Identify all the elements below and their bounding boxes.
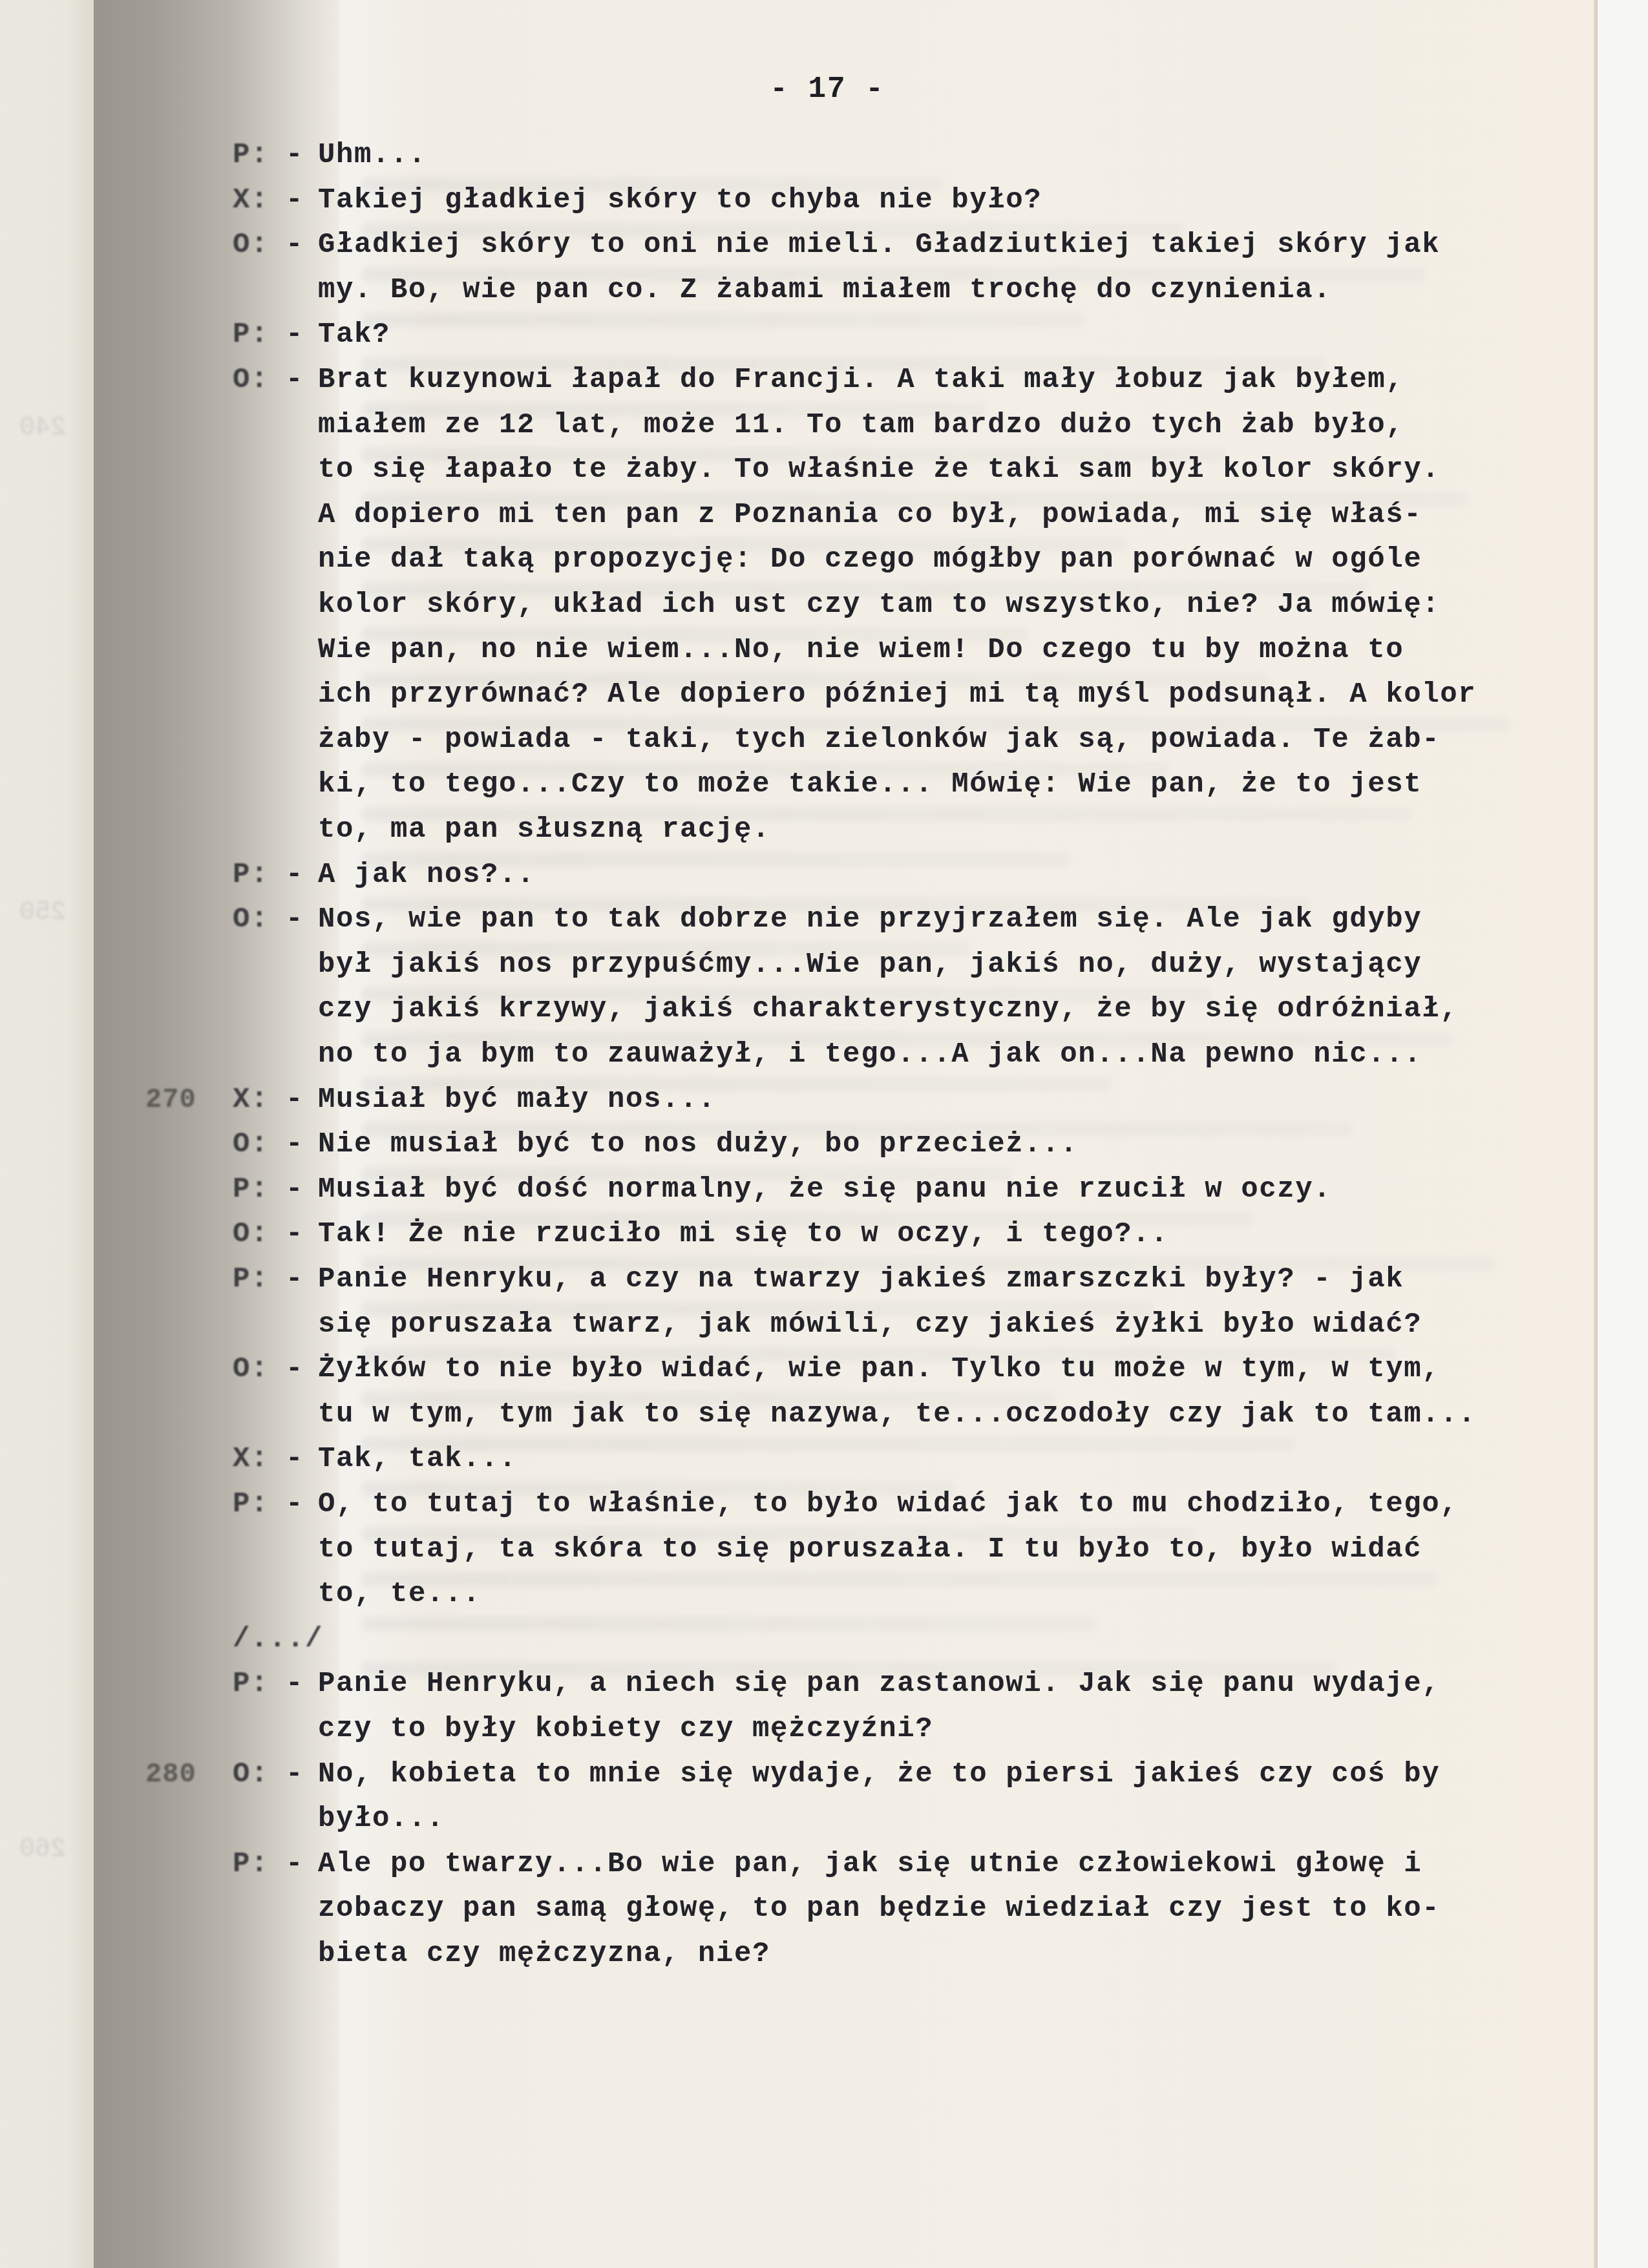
transcript-text: zobaczy pan samą głowę, to pan będzie wi… xyxy=(318,1889,1440,1928)
interview-transcript: P:-Uhm...X:-Takiej gładkiej skóry to chy… xyxy=(0,0,1648,2268)
transcript-line: było... xyxy=(0,1800,1648,1838)
transcript-text: O, to tutaj to właśnie, to było widać ja… xyxy=(318,1485,1458,1524)
transcript-line: X:-Takiej gładkiej skóry to chyba nie by… xyxy=(0,181,1648,220)
transcript-line: żaby - powiada - taki, tych zielonków ja… xyxy=(0,720,1648,759)
dialogue-dash: - xyxy=(286,1215,304,1254)
transcript-line: my. Bo, wie pan co. Z żabami miałem troc… xyxy=(0,271,1648,310)
dialogue-dash: - xyxy=(286,1485,304,1524)
transcript-line: P:-Panie Henryku, a czy na twarzy jakieś… xyxy=(0,1260,1648,1299)
speaker-label: O: xyxy=(233,1125,269,1164)
transcript-text: Musiał być dość normalny, że się panu ni… xyxy=(318,1170,1331,1209)
speaker-label: P: xyxy=(233,1485,269,1524)
speaker-label: X: xyxy=(233,181,269,220)
transcript-line: O:-Gładkiej skóry to oni nie mieli. Gład… xyxy=(0,226,1648,264)
transcript-line: czy to były kobiety czy mężczyźni? xyxy=(0,1710,1648,1748)
transcript-line: czy jakiś krzywy, jakiś charakterystyczn… xyxy=(0,990,1648,1029)
transcript-text: to, ma pan słuszną rację. xyxy=(318,810,770,849)
transcript-line: kolor skóry, układ ich ust czy tam to ws… xyxy=(0,585,1648,624)
dialogue-dash: - xyxy=(286,181,304,220)
omission-mark: /.../ xyxy=(0,1620,1648,1659)
speaker-label: X: xyxy=(233,1440,269,1478)
speaker-label: P: xyxy=(233,315,269,354)
transcript-text: czy jakiś krzywy, jakiś charakterystyczn… xyxy=(318,990,1458,1029)
transcript-text: no to ja bym to zauważył, i tego...A jak… xyxy=(318,1035,1422,1074)
dialogue-dash: - xyxy=(286,226,304,264)
transcript-line: był jakiś nos przypuśćmy...Wie pan, jaki… xyxy=(0,945,1648,984)
transcript-text: ki, to tego...Czy to może takie... Mówię… xyxy=(318,765,1422,804)
transcript-text: bieta czy mężczyzna, nie? xyxy=(318,1935,770,1973)
transcript-line: ich przyrównać? Ale dopiero później mi t… xyxy=(0,675,1648,714)
transcript-text: Nos, wie pan to tak dobrze nie przyjrzał… xyxy=(318,900,1422,939)
transcript-text: Tak! Że nie rzuciło mi się to w oczy, i … xyxy=(318,1215,1168,1254)
transcript-text: Ale po twarzy...Bo wie pan, jak się utni… xyxy=(318,1845,1422,1884)
transcript-line: tu w tym, tym jak to się nazywa, te...oc… xyxy=(0,1395,1648,1434)
speaker-label: X: xyxy=(233,1080,269,1119)
transcript-text: Takiej gładkiej skóry to chyba nie było? xyxy=(318,181,1042,220)
speaker-label: P: xyxy=(233,1845,269,1884)
transcript-line: P:-Panie Henryku, a niech się pan zastan… xyxy=(0,1664,1648,1703)
transcript-line: to, ma pan słuszną rację. xyxy=(0,810,1648,849)
speaker-label: O: xyxy=(233,1350,269,1389)
transcript-line: O:-Tak! Że nie rzuciło mi się to w oczy,… xyxy=(0,1215,1648,1254)
speaker-label: P: xyxy=(233,136,269,174)
transcript-line: to, te... xyxy=(0,1575,1648,1613)
transcript-text: Panie Henryku, a czy na twarzy jakieś zm… xyxy=(318,1260,1404,1299)
transcript-line: się poruszała twarz, jak mówili, czy jak… xyxy=(0,1305,1648,1344)
transcript-text: nie dał taką propozycję: Do czego mógłby… xyxy=(318,540,1422,579)
dialogue-dash: - xyxy=(286,1350,304,1389)
dialogue-dash: - xyxy=(286,361,304,399)
dialogue-dash: - xyxy=(286,1755,304,1794)
transcript-line: O:-Brat kuzynowi łapał do Francji. A tak… xyxy=(0,361,1648,399)
speaker-label: P: xyxy=(233,856,269,894)
transcript-text: było... xyxy=(318,1800,445,1838)
transcript-text: my. Bo, wie pan co. Z żabami miałem troc… xyxy=(318,271,1331,310)
transcript-text: Panie Henryku, a niech się pan zastanowi… xyxy=(318,1664,1440,1703)
transcript-text: Brat kuzynowi łapał do Francji. A taki m… xyxy=(318,361,1404,399)
transcript-line: P:-O, to tutaj to właśnie, to było widać… xyxy=(0,1485,1648,1524)
transcript-text: A dopiero mi ten pan z Poznania co był, … xyxy=(318,496,1422,534)
transcript-line: 280O:-No, kobieta to mnie się wydaje, że… xyxy=(0,1755,1648,1794)
transcript-line: X:-Tak, tak... xyxy=(0,1440,1648,1478)
transcript-text: to się łapało te żaby. To właśnie że tak… xyxy=(318,450,1440,489)
transcript-line: O:-Nos, wie pan to tak dobrze nie przyjr… xyxy=(0,900,1648,939)
transcript-text: Musiał być mały nos... xyxy=(318,1080,716,1119)
transcript-text: ich przyrównać? Ale dopiero później mi t… xyxy=(318,675,1476,714)
dialogue-dash: - xyxy=(286,1845,304,1884)
transcript-text: to tutaj, ta skóra to się poruszała. I t… xyxy=(318,1530,1422,1569)
speaker-label: O: xyxy=(233,1215,269,1254)
transcript-line: P:-Musiał być dość normalny, że się panu… xyxy=(0,1170,1648,1209)
dialogue-dash: - xyxy=(286,900,304,939)
transcript-text: Tak, tak... xyxy=(318,1440,517,1478)
transcript-line: to tutaj, ta skóra to się poruszała. I t… xyxy=(0,1530,1648,1569)
transcript-line: P:-Ale po twarzy...Bo wie pan, jak się u… xyxy=(0,1845,1648,1884)
transcript-line: zobaczy pan samą głowę, to pan będzie wi… xyxy=(0,1889,1648,1928)
transcript-line: P:-Tak? xyxy=(0,315,1648,354)
transcript-line: nie dał taką propozycję: Do czego mógłby… xyxy=(0,540,1648,579)
dialogue-dash: - xyxy=(286,856,304,894)
dialogue-dash: - xyxy=(286,1440,304,1478)
omission-text: /.../ xyxy=(233,1620,323,1659)
transcript-line: miałem ze 12 lat, może 11. To tam bardzo… xyxy=(0,406,1648,445)
line-number-marker: 270 xyxy=(145,1080,196,1119)
transcript-line: P:-A jak nos?.. xyxy=(0,856,1648,894)
speaker-label: O: xyxy=(233,900,269,939)
dialogue-dash: - xyxy=(286,315,304,354)
speaker-label: P: xyxy=(233,1664,269,1703)
transcript-text: czy to były kobiety czy mężczyźni? xyxy=(318,1710,933,1748)
transcript-text: Gładkiej skóry to oni nie mieli. Gładziu… xyxy=(318,226,1440,264)
transcript-text: A jak nos?.. xyxy=(318,856,535,894)
transcript-line: P:-Uhm... xyxy=(0,136,1648,174)
transcript-line: 270X:-Musiał być mały nos... xyxy=(0,1080,1648,1119)
transcript-text: się poruszała twarz, jak mówili, czy jak… xyxy=(318,1305,1422,1344)
speaker-label: P: xyxy=(233,1170,269,1209)
dialogue-dash: - xyxy=(286,1125,304,1164)
transcript-text: był jakiś nos przypuśćmy...Wie pan, jaki… xyxy=(318,945,1422,984)
transcript-line: O:-Nie musiał być to nos duży, bo przeci… xyxy=(0,1125,1648,1164)
dialogue-dash: - xyxy=(286,1170,304,1209)
transcript-text: Uhm... xyxy=(318,136,427,174)
transcript-text: to, te... xyxy=(318,1575,481,1613)
transcript-line: Wie pan, no nie wiem...No, nie wiem! Do … xyxy=(0,631,1648,669)
transcript-text: Wie pan, no nie wiem...No, nie wiem! Do … xyxy=(318,631,1404,669)
line-number-marker: 280 xyxy=(145,1755,196,1794)
transcript-text: Żyłków to nie było widać, wie pan. Tylko… xyxy=(318,1350,1440,1389)
speaker-label: O: xyxy=(233,361,269,399)
dialogue-dash: - xyxy=(286,136,304,174)
speaker-label: O: xyxy=(233,226,269,264)
transcript-text: miałem ze 12 lat, może 11. To tam bardzo… xyxy=(318,406,1404,445)
dialogue-dash: - xyxy=(286,1260,304,1299)
transcript-text: No, kobieta to mnie się wydaje, że to pi… xyxy=(318,1755,1440,1794)
transcript-text: kolor skóry, układ ich ust czy tam to ws… xyxy=(318,585,1440,624)
transcript-line: to się łapało te żaby. To właśnie że tak… xyxy=(0,450,1648,489)
transcript-text: tu w tym, tym jak to się nazywa, te...oc… xyxy=(318,1395,1476,1434)
transcript-line: O:-Żyłków to nie było widać, wie pan. Ty… xyxy=(0,1350,1648,1389)
transcript-text: Nie musiał być to nos duży, bo przecież.… xyxy=(318,1125,1078,1164)
speaker-label: P: xyxy=(233,1260,269,1299)
dialogue-dash: - xyxy=(286,1664,304,1703)
transcript-text: żaby - powiada - taki, tych zielonków ja… xyxy=(318,720,1440,759)
speaker-label: O: xyxy=(233,1755,269,1794)
transcript-line: bieta czy mężczyzna, nie? xyxy=(0,1935,1648,1973)
transcript-text: Tak? xyxy=(318,315,390,354)
transcript-line: A dopiero mi ten pan z Poznania co był, … xyxy=(0,496,1648,534)
dialogue-dash: - xyxy=(286,1080,304,1119)
transcript-line: ki, to tego...Czy to może takie... Mówię… xyxy=(0,765,1648,804)
transcript-line: no to ja bym to zauważył, i tego...A jak… xyxy=(0,1035,1648,1074)
